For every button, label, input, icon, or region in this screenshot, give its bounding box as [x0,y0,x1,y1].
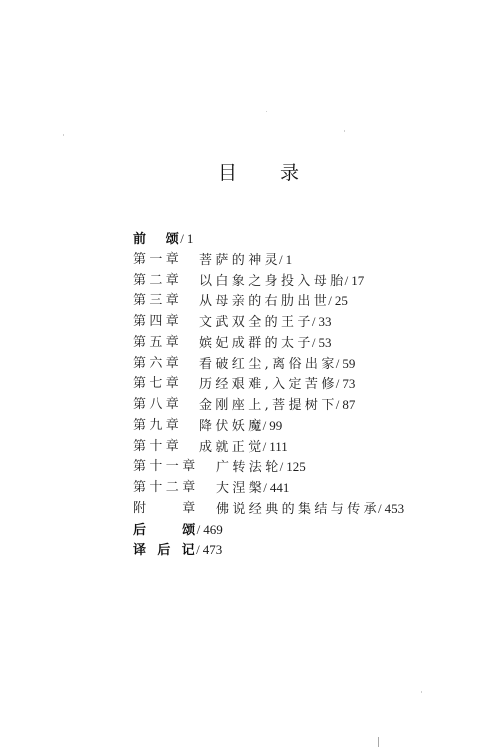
toc-separator: / [263,480,267,495]
toc-separator: / [197,522,201,537]
toc-separator: / [279,252,283,267]
toc-separator: / [336,376,340,391]
toc-page-number: 59 [342,356,355,371]
scan-dust [63,134,64,136]
toc-label: 附 章 [133,499,199,520]
toc-separator: / [180,231,184,246]
toc-page-number: 1 [286,252,293,267]
toc-entry-chapter-5[interactable]: 第五章 嫔妃成群的太子/53 [133,333,473,354]
toc-page-number: 87 [342,397,355,412]
toc-entry-chapter-1[interactable]: 第一章 菩萨的神灵/1 [133,250,473,271]
toc-page-number: 125 [286,459,306,474]
toc-entry-chapter-9[interactable]: 第九章 降伏妖魔/99 [133,416,473,437]
toc-title: 文武双全的王子/33 [199,312,331,334]
toc-label: 译 后 记 [133,541,198,562]
toc-title: 嫔妃成群的太子/53 [199,333,331,355]
toc-entry-closing-verse[interactable]: 后 颂/469 [133,520,473,541]
toc-title-text: 历经艰难,入定苦修 [199,377,338,392]
scan-edge-mark [378,737,379,747]
toc-title-text: 文武双全的王子 [199,315,314,330]
toc-title: 佛说经典的集结与传承/453 [216,499,404,521]
toc-page-number: 473 [203,542,223,557]
toc-page-number: 111 [269,439,288,454]
toc-label: 第十章 [133,437,182,458]
toc-separator: / [263,418,267,433]
toc-separator: / [312,335,316,350]
scan-dust [344,130,345,132]
toc-title-text: 降伏妖魔 [199,419,265,434]
toc-entry-translator-afterword[interactable]: 译 后 记/473 [133,540,473,561]
toc-title: 金刚座上,菩提树下/87 [199,395,355,417]
toc-label: 第三章 [133,291,182,312]
toc-title: 降伏妖魔/99 [199,416,282,438]
page-title: 目 录 [0,160,502,186]
toc-entry-appendix[interactable]: 附 章 佛说经典的集结与传承/453 [133,499,473,520]
toc-separator: / [328,293,332,308]
toc-separator: / [280,459,284,474]
toc-title: 历经艰难,入定苦修/73 [199,374,355,396]
toc-separator: / [336,356,340,371]
toc-label: 第四章 [133,312,182,333]
scan-dust [266,111,267,112]
toc-page-number: 99 [269,418,282,433]
toc-label: 后 颂 [133,521,199,542]
toc-title-text: 广转法轮 [216,460,282,475]
scan-dust [421,691,422,693]
toc-title-text: 成就正觉 [199,440,265,455]
toc-title-text: 从母亲的右肋出世 [199,294,330,309]
toc-label: 第十二章 [133,478,199,499]
toc-title-text: 菩萨的神灵 [199,253,281,268]
toc-title: 成就正觉/111 [199,437,288,459]
toc-separator: / [196,542,200,557]
toc-page-number: 17 [351,273,364,288]
toc-label: 第九章 [133,416,182,437]
toc-title-text: 看破红尘,离俗出家 [199,357,338,372]
toc-separator: / [378,501,382,516]
toc-label: 第二章 [133,271,182,292]
toc-entry-chapter-7[interactable]: 第七章 历经艰难,入定苦修/73 [133,374,473,395]
title-char-1: 目 [218,160,237,186]
toc-label: 前 颂 [133,230,182,251]
toc-label: 第七章 [133,374,182,395]
toc-page-number: 441 [270,480,290,495]
book-page: 目 录 前 颂/1 第一章 菩萨的神灵/1 第二章 以白象之身投入母胎/17 第… [0,0,502,747]
toc-title: 菩萨的神灵/1 [199,250,292,272]
toc-entry-chapter-4[interactable]: 第四章 文武双全的王子/33 [133,312,473,333]
toc-page-number: 33 [318,314,331,329]
toc-entry-chapter-8[interactable]: 第八章 金刚座上,菩提树下/87 [133,395,473,416]
toc-page-number: 1 [187,231,194,246]
toc-separator: / [312,314,316,329]
toc-label: 第五章 [133,333,182,354]
toc-separator: / [263,439,267,454]
toc-entry-chapter-6[interactable]: 第六章 看破红尘,离俗出家/59 [133,354,473,375]
toc-entry-preface-verse[interactable]: 前 颂/1 [133,229,473,250]
toc-page-number: 53 [318,335,331,350]
toc-entry-chapter-11[interactable]: 第十一章 广转法轮/125 [133,457,473,478]
toc-label: 第一章 [133,250,182,271]
toc-label: 第十一章 [133,457,199,478]
toc-title-text: 金刚座上,菩提树下 [199,398,338,413]
toc-page-number: 469 [203,522,223,537]
toc-title: 看破红尘,离俗出家/59 [199,354,355,376]
toc-page-number: 73 [342,376,355,391]
toc-entry-chapter-10[interactable]: 第十章 成就正觉/111 [133,437,473,458]
toc-separator: / [345,273,349,288]
toc-title-text: 大涅槃 [216,481,265,496]
toc-page-number: 25 [335,293,348,308]
toc-entry-chapter-3[interactable]: 第三章 从母亲的右肋出世/25 [133,291,473,312]
toc-entry-chapter-2[interactable]: 第二章 以白象之身投入母胎/17 [133,271,473,292]
toc-page-number: 453 [385,501,405,516]
title-char-2: 录 [280,160,299,186]
toc-label: 第六章 [133,354,182,375]
toc-label: 第八章 [133,395,182,416]
toc-entry-chapter-12[interactable]: 第十二章 大涅槃/441 [133,478,473,499]
toc-title-text: 佛说经典的集结与传承 [216,502,380,517]
toc-separator: / [336,397,340,412]
table-of-contents: 前 颂/1 第一章 菩萨的神灵/1 第二章 以白象之身投入母胎/17 第三章 从… [133,229,473,561]
toc-title: 大涅槃/441 [216,478,289,500]
toc-title: 以白象之身投入母胎/17 [199,271,364,293]
toc-title-text: 嫔妃成群的太子 [199,336,314,351]
toc-title: 广转法轮/125 [216,457,306,479]
toc-title-text: 以白象之身投入母胎 [199,274,347,289]
toc-title: 从母亲的右肋出世/25 [199,291,348,313]
